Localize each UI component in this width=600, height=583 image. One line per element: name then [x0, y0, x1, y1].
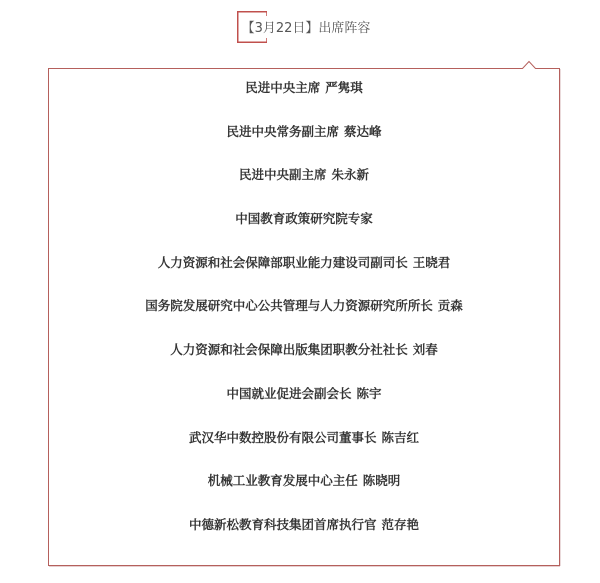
list-item: 中德新松教育科技集团首席执行官范存艳: [49, 506, 559, 550]
attendee-name: 贡森: [438, 298, 463, 313]
list-item: 民进中央主席严隽琪: [49, 69, 559, 113]
list-item: 武汉华中数控股份有限公司董事长陈吉红: [49, 419, 559, 463]
header-title: 出席阵容: [318, 21, 370, 36]
attendee-role: 武汉华中数控股份有限公司董事长: [189, 430, 377, 445]
attendee-role: 中国教育政策研究院专家: [235, 211, 373, 226]
list-item: 国务院发展研究中心公共管理与人力资源研究所所长贡森: [49, 287, 559, 331]
section-header: 【3月22日】出席阵容: [0, 19, 600, 39]
attendee-name: 蔡达峰: [344, 124, 382, 139]
attendee-name: 严隽琪: [325, 80, 363, 95]
list-item: 人力资源和社会保障部职业能力建设司副司长王晓君: [49, 244, 559, 288]
attendee-role: 中国就业促进会副会长: [226, 386, 351, 401]
list-item: 机械工业教育发展中心主任陈晓明: [49, 462, 559, 506]
list-item: 民进中央副主席朱永新: [49, 156, 559, 200]
attendee-role: 人力资源和社会保障部职业能力建设司副司长: [158, 255, 408, 270]
attendee-name: 陈吉红: [382, 430, 420, 445]
attendee-role: 国务院发展研究中心公共管理与人力资源研究所所长: [145, 298, 433, 313]
attendee-role: 机械工业教育发展中心主任: [208, 473, 358, 488]
attendee-name: 陈晓明: [363, 473, 401, 488]
attendee-role: 人力资源和社会保障出版集团职教分社社长: [170, 342, 408, 357]
header-text: 【3月22日】出席阵容: [242, 21, 371, 36]
list-item: 中国教育政策研究院专家: [49, 200, 559, 244]
attendee-name: 王晓君: [413, 255, 451, 270]
list-item: 民进中央常务副主席蔡达峰: [49, 113, 559, 157]
list-item: 人力资源和社会保障出版集团职教分社社长刘春: [49, 331, 559, 375]
attendee-name: 朱永新: [332, 167, 370, 182]
attendee-name: 陈宇: [357, 386, 382, 401]
attendee-role: 民进中央副主席: [239, 167, 327, 182]
header-date-label: 【3月22日】: [242, 21, 319, 36]
attendee-list: 民进中央主席严隽琪 民进中央常务副主席蔡达峰 民进中央副主席朱永新 中国教育政策…: [49, 69, 559, 550]
list-item: 中国就业促进会副会长陈宇: [49, 375, 559, 419]
attendee-role: 民进中央主席: [245, 80, 320, 95]
attendee-role: 民进中央常务副主席: [226, 124, 339, 139]
attendee-name: 刘春: [413, 342, 438, 357]
attendee-name: 范存艳: [382, 517, 420, 532]
attendee-role: 中德新松教育科技集团首席执行官: [189, 517, 377, 532]
